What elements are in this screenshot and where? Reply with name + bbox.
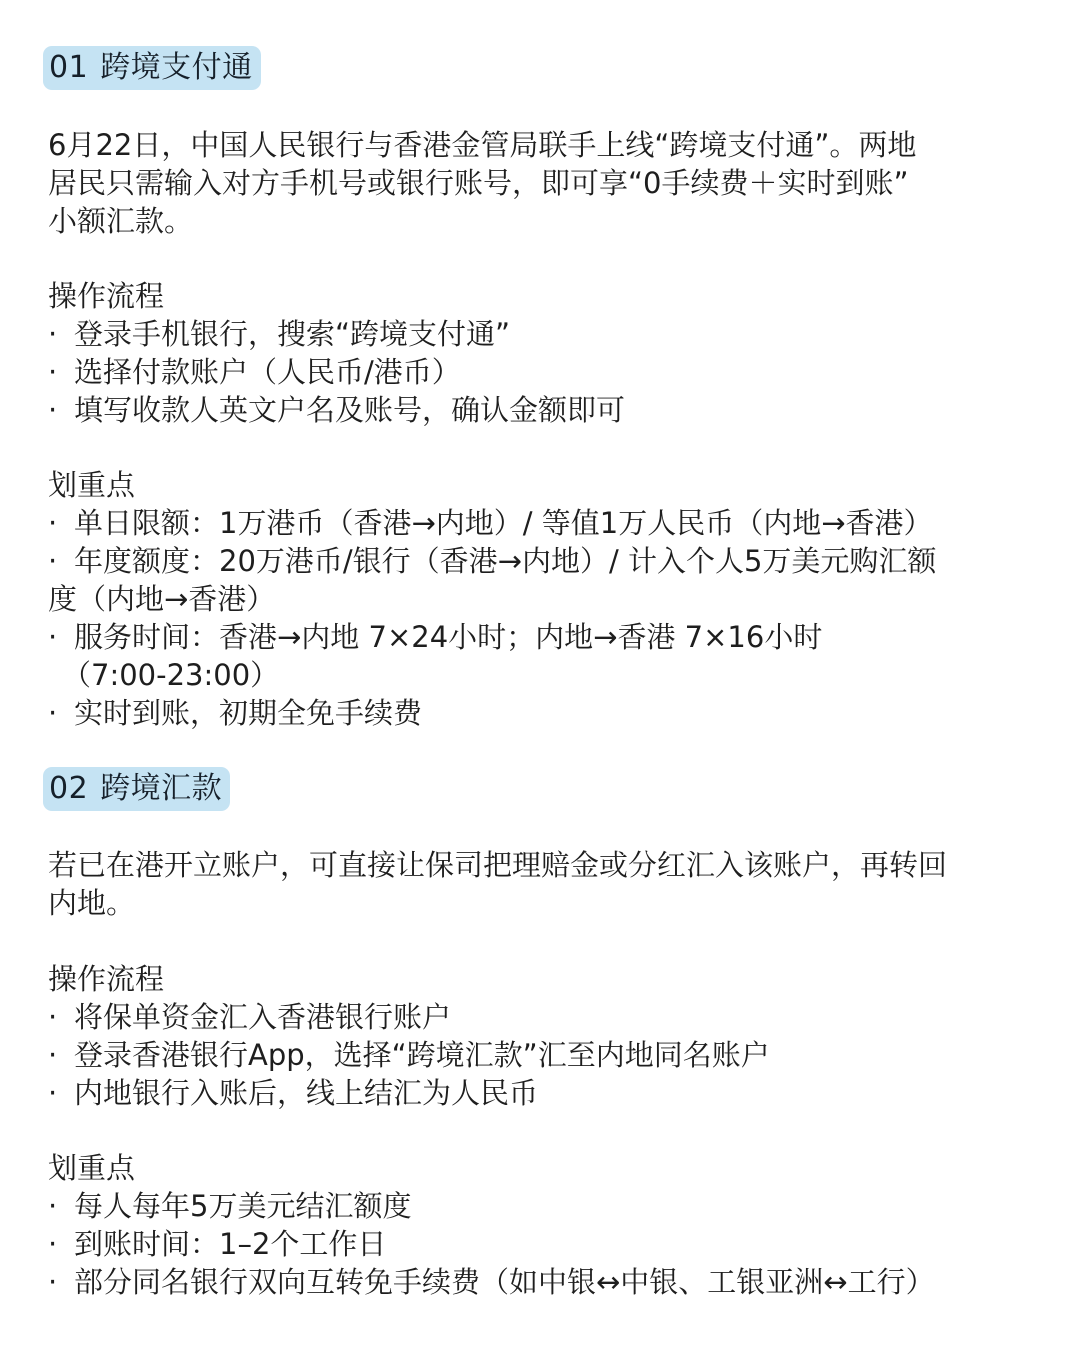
bullet-icon: · xyxy=(48,998,74,1036)
bullet-icon: · xyxy=(48,694,74,732)
keypoint-item: ·服务时间：香港→内地 7×24小时；内地→香港 7×16小时 xyxy=(48,618,1038,656)
bullet-icon: · xyxy=(48,504,74,542)
section-2-process: 操作流程 ·将保单资金汇入香港银行账户 ·登录香港银行App，选择“跨境汇款”汇… xyxy=(48,960,1038,1112)
intro-line: 若已在港开立账户，可直接让保司把理赔金或分红汇入该账户，再转回 xyxy=(48,846,1038,884)
process-heading: 操作流程 xyxy=(48,960,1038,998)
process-item: ·将保单资金汇入香港银行账户 xyxy=(48,998,1038,1036)
bullet-icon: · xyxy=(48,1074,74,1112)
keypoint-item: ·每人每年5万美元结汇额度 xyxy=(48,1187,1038,1225)
intro-line: 内地。 xyxy=(48,884,1038,922)
section-2-title: 跨境汇款 xyxy=(100,771,222,806)
keypoint-item: ·到账时间：1–2个工作日 xyxy=(48,1225,1038,1263)
keypoint-item: ·年度额度：20万港币/银行（香港→内地）/ 计入个人5万美元购汇额 xyxy=(48,542,1038,580)
bullet-icon: · xyxy=(48,618,74,656)
process-item: ·选择付款账户（人民币/港币） xyxy=(48,353,1038,391)
section-2-keypoints: 划重点 ·每人每年5万美元结汇额度 ·到账时间：1–2个工作日 ·部分同名银行双… xyxy=(48,1149,1038,1301)
section-1-keypoints: 划重点 ·单日限额：1万港币（香港→内地）/ 等值1万人民币（内地→香港） ·年… xyxy=(48,466,1038,732)
bullet-icon: · xyxy=(48,315,74,353)
process-item: ·登录手机银行，搜索“跨境支付通” xyxy=(48,315,1038,353)
process-item: ·登录香港银行App，选择“跨境汇款”汇至内地同名账户 xyxy=(48,1036,1038,1074)
keypoints-heading: 划重点 xyxy=(48,1149,1038,1187)
section-2-badge: 02跨境汇款 xyxy=(43,767,230,811)
process-item: ·内地银行入账后，线上结汇为人民币 xyxy=(48,1074,1038,1112)
bullet-icon: · xyxy=(48,1225,74,1263)
keypoint-item: ·单日限额：1万港币（香港→内地）/ 等值1万人民币（内地→香港） xyxy=(48,504,1038,542)
intro-line: 居民只需输入对方手机号或银行账号，即可享“0手续费＋实时到账” xyxy=(48,164,1038,202)
bullet-icon: · xyxy=(48,542,74,580)
section-2-intro: 若已在港开立账户，可直接让保司把理赔金或分红汇入该账户，再转回 内地。 xyxy=(48,846,1038,922)
keypoint-continuation: 度（内地→香港） xyxy=(48,580,1038,618)
section-2-number: 02 xyxy=(49,771,88,806)
bullet-icon: · xyxy=(48,353,74,391)
bullet-icon: · xyxy=(48,391,74,429)
keypoint-item: ·部分同名银行双向互转免手续费（如中银↔中银、工银亚洲↔工行） xyxy=(48,1263,1038,1301)
keypoint-item: ·实时到账，初期全免手续费 xyxy=(48,694,1038,732)
section-1-number: 01 xyxy=(49,50,88,85)
section-1-process: 操作流程 ·登录手机银行，搜索“跨境支付通” ·选择付款账户（人民币/港币） ·… xyxy=(48,277,1038,429)
keypoint-continuation: （7:00-23:00） xyxy=(48,656,1038,694)
keypoints-heading: 划重点 xyxy=(48,466,1038,504)
intro-line: 小额汇款。 xyxy=(48,202,1038,240)
intro-line: 6月22日，中国人民银行与香港金管局联手上线“跨境支付通”。两地 xyxy=(48,126,1038,164)
process-heading: 操作流程 xyxy=(48,277,1038,315)
bullet-icon: · xyxy=(48,1036,74,1074)
bullet-icon: · xyxy=(48,1263,74,1301)
article-page: 01跨境支付通 6月22日，中国人民银行与香港金管局联手上线“跨境支付通”。两地… xyxy=(0,0,1080,1354)
section-1-intro: 6月22日，中国人民银行与香港金管局联手上线“跨境支付通”。两地 居民只需输入对… xyxy=(48,126,1038,240)
section-1-title: 跨境支付通 xyxy=(100,50,253,85)
section-1-badge: 01跨境支付通 xyxy=(43,46,261,90)
process-item: ·填写收款人英文户名及账号，确认金额即可 xyxy=(48,391,1038,429)
bullet-icon: · xyxy=(48,1187,74,1225)
